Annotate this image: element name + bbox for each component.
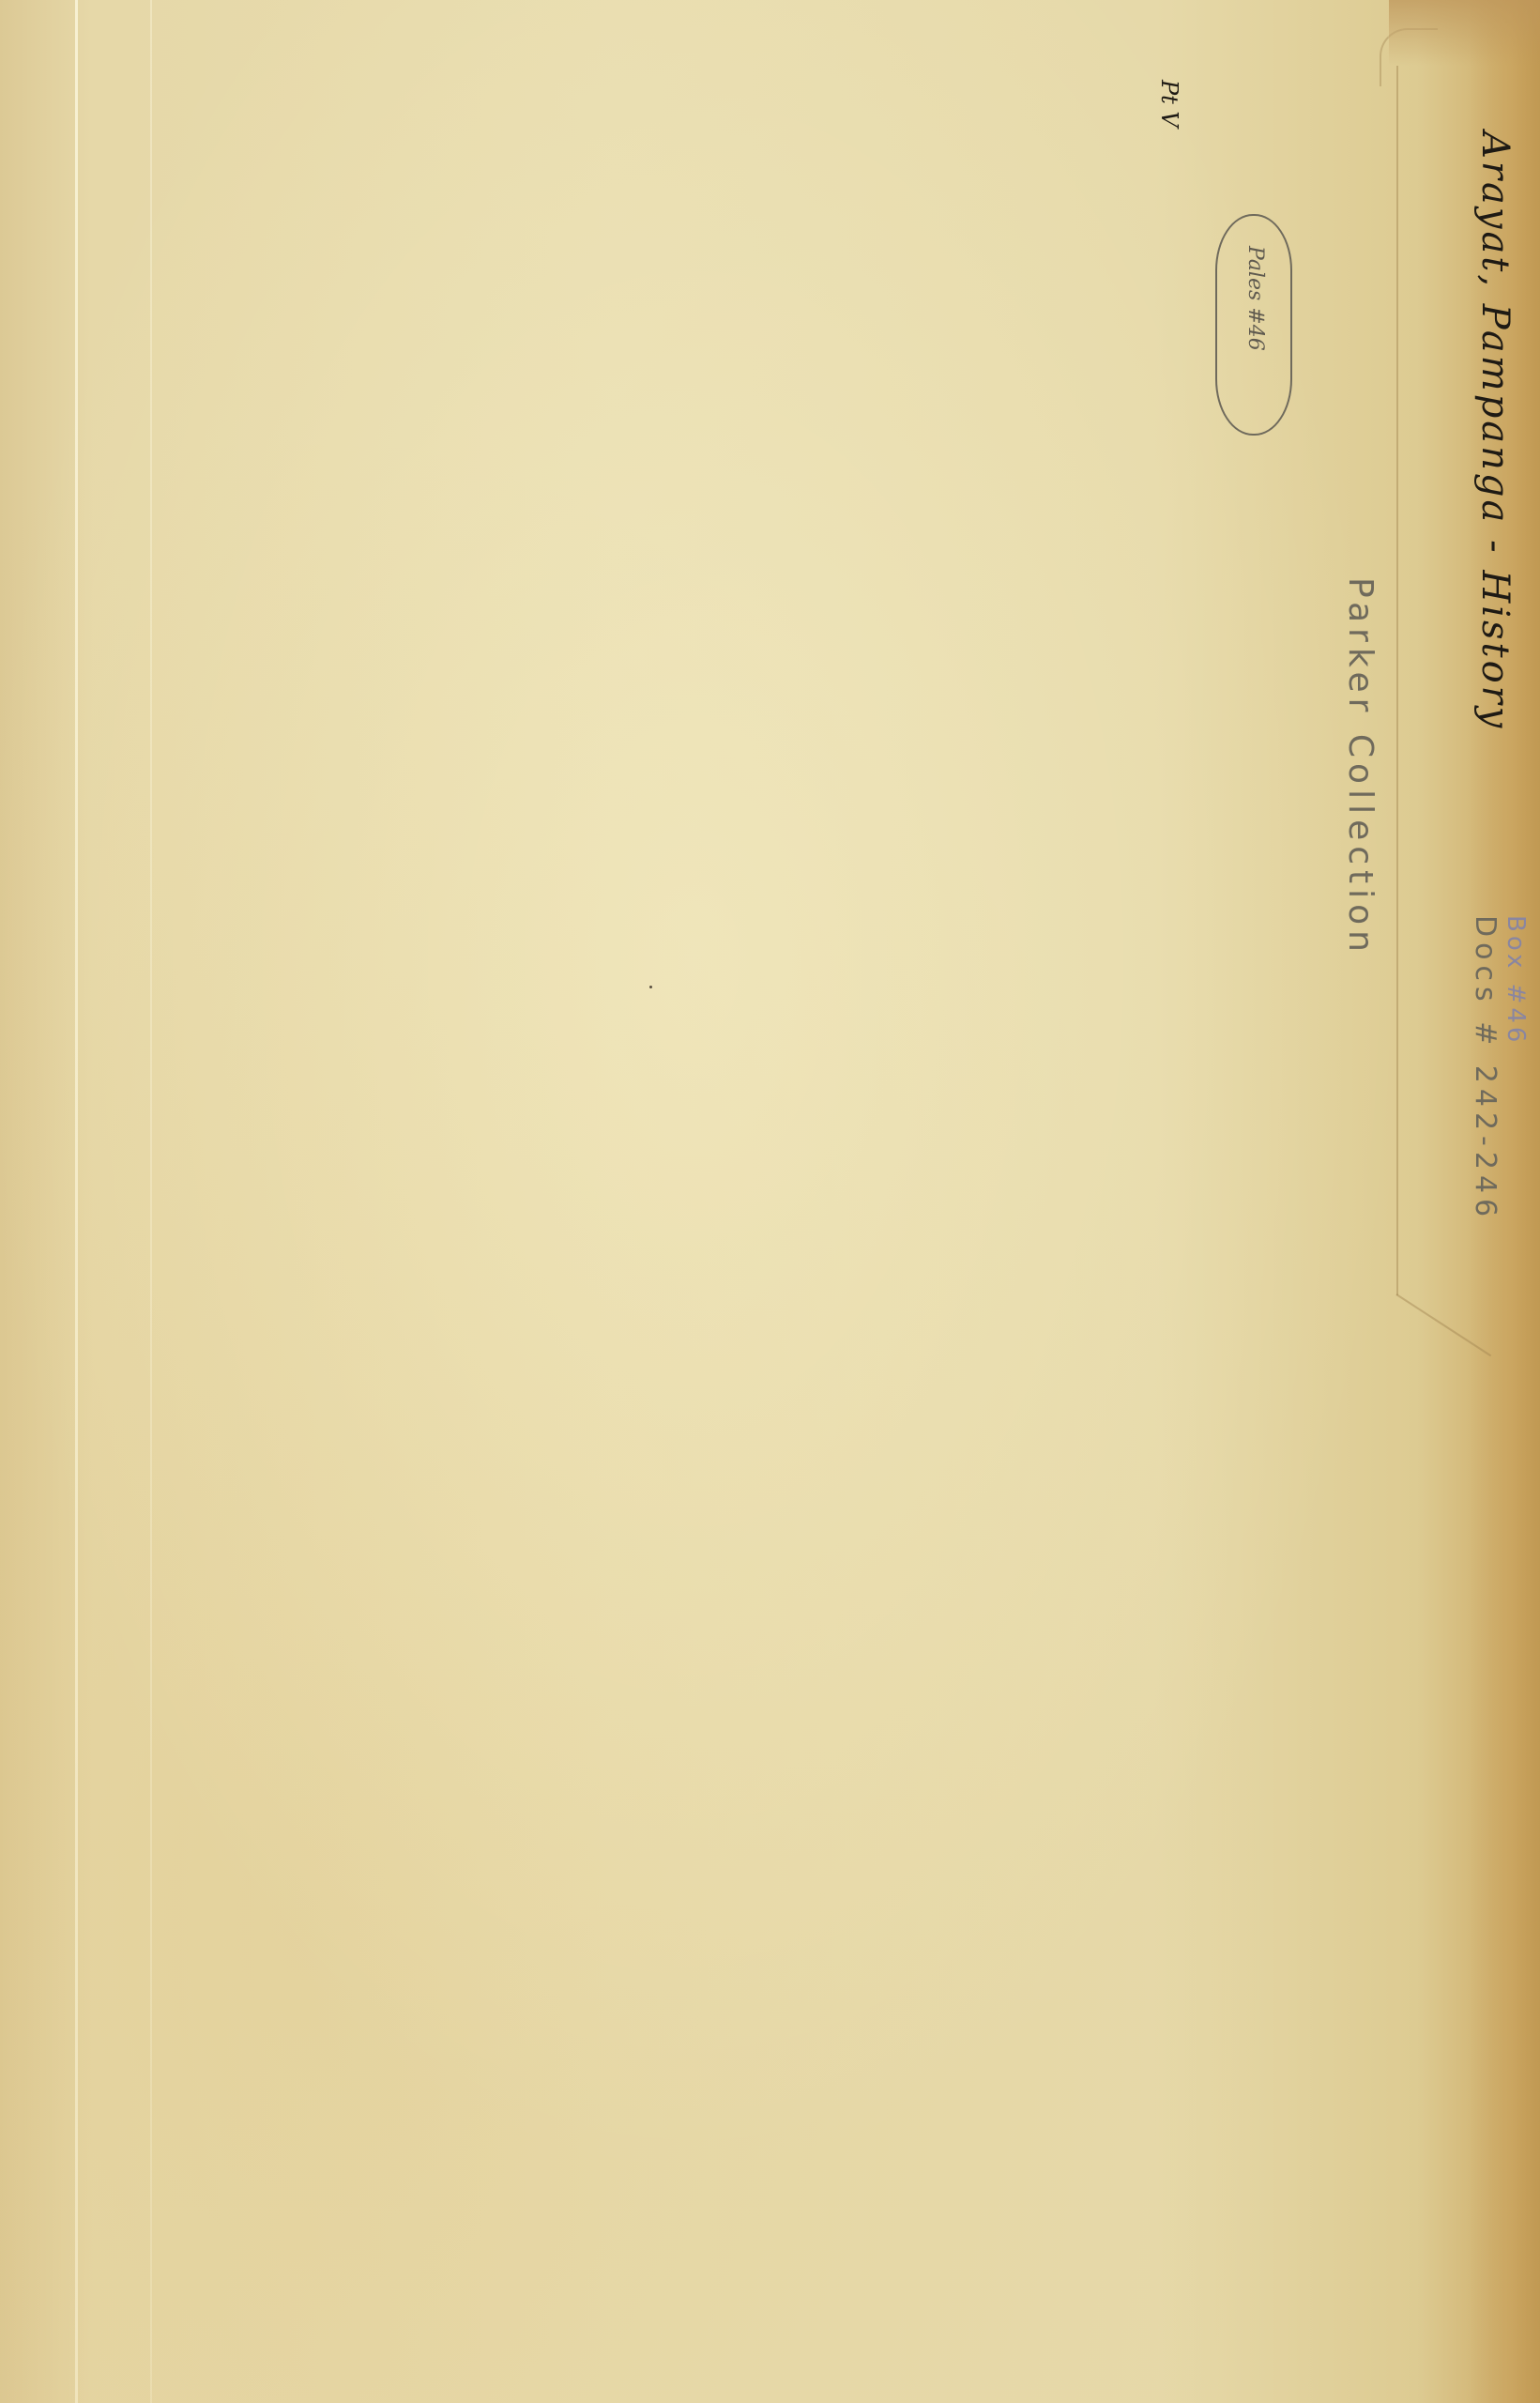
fold-crease bbox=[75, 0, 78, 2403]
fold-crease bbox=[150, 0, 152, 2403]
folder-tab-corner bbox=[1380, 28, 1438, 86]
document-range: Docs # 242-246 bbox=[1469, 915, 1502, 1222]
folder-tab-edge bbox=[1396, 66, 1398, 1295]
circled-note: Pales #46 bbox=[1243, 246, 1267, 351]
folder-title: Arayat, Pampanga - History bbox=[1473, 131, 1517, 730]
box-reference: Box #46 bbox=[1502, 915, 1530, 1046]
speck bbox=[649, 986, 652, 988]
folder-cover bbox=[0, 0, 1540, 2403]
collection-label: Parker Collection bbox=[1341, 577, 1380, 957]
part-label: Pt V bbox=[1156, 80, 1182, 128]
